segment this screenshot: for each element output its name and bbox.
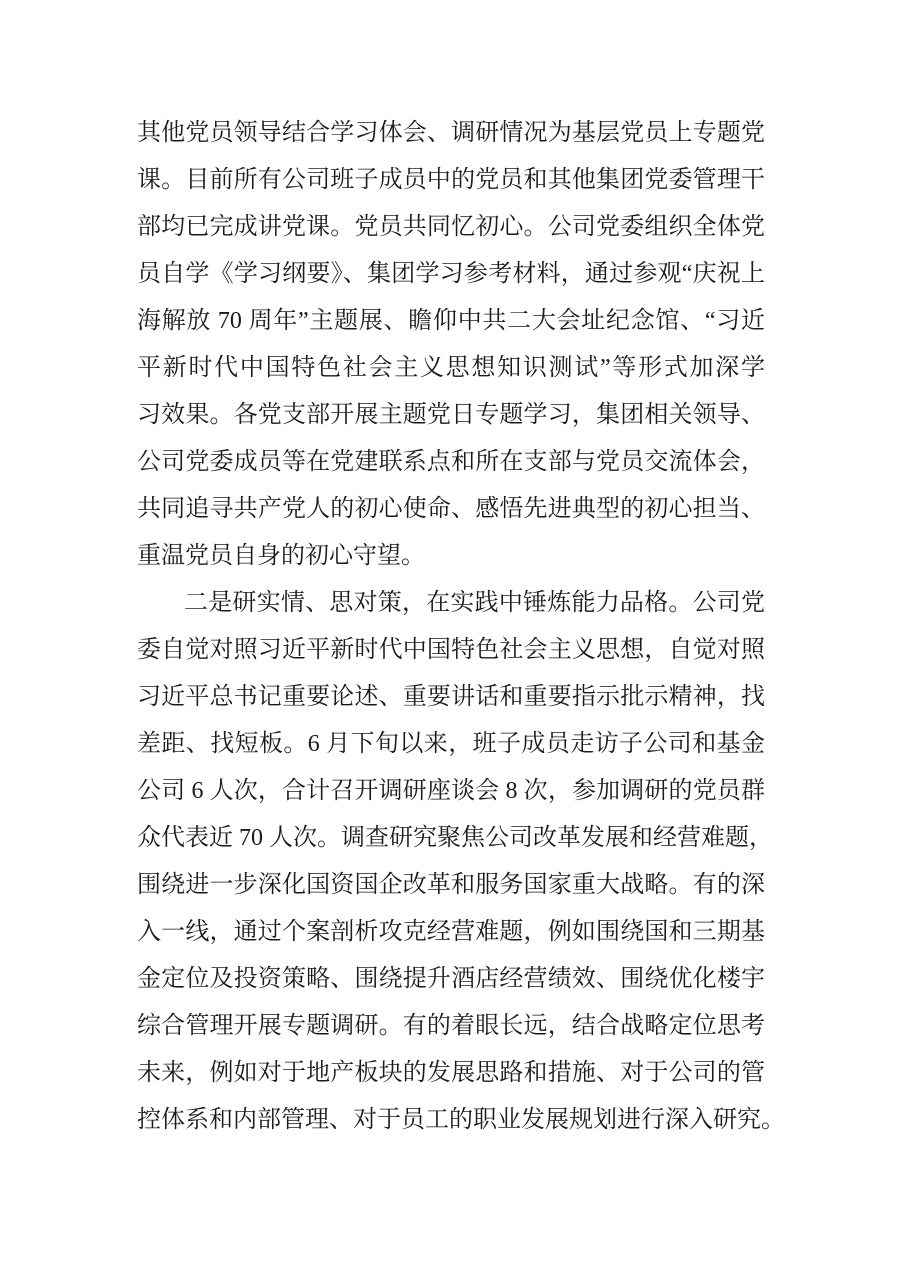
text-line: 控体系和内部管理、对于员工的职业发展规划进行深入研究。 xyxy=(137,1097,765,1144)
text-line: 众代表近 70 人次。调查研究聚焦公司改革发展和经营难题， xyxy=(137,815,765,862)
text-line: 围绕进一步深化国资国企改革和服务国家重大战略。有的深 xyxy=(137,862,765,909)
text-line: 平新时代中国特色社会主义思想知识测试”等形式加深学 xyxy=(137,345,765,392)
text-line: 未来，例如对于地产板块的发展思路和措施、对于公司的管 xyxy=(137,1050,765,1097)
text-line: 金定位及投资策略、围绕提升酒店经营绩效、围绕优化楼宇 xyxy=(137,956,765,1003)
text-line: 共同追寻共产党人的初心使命、感悟先进典型的初心担当、 xyxy=(137,486,765,533)
text-line: 习效果。各党支部开展主题党日专题学习，集团相关领导、 xyxy=(137,392,765,439)
text-line: 入一线，通过个案剖析攻克经营难题，例如围绕国和三期基 xyxy=(137,909,765,956)
document-page: 其他党员领导结合学习体会、调研情况为基层党员上专题党 课。目前所有公司班子成员中… xyxy=(0,0,900,1273)
text-line: 重温党员自身的初心守望。 xyxy=(137,533,765,580)
text-line: 委自觉对照习近平新时代中国特色社会主义思想，自觉对照 xyxy=(137,627,765,674)
text-line: 习近平总书记重要论述、重要讲话和重要指示批示精神，找 xyxy=(137,674,765,721)
text-line: 公司党委成员等在党建联系点和所在支部与党员交流体会， xyxy=(137,439,765,486)
text-line: 差距、找短板。6 月下旬以来，班子成员走访子公司和基金 xyxy=(137,721,765,768)
text-line: 二是研实情、思对策，在实践中锤炼能力品格。公司党 xyxy=(137,580,765,627)
text-line: 员自学《学习纲要》、集团学习参考材料，通过参观“庆祝上 xyxy=(137,251,765,298)
paragraph-continuation: 其他党员领导结合学习体会、调研情况为基层党员上专题党 课。目前所有公司班子成员中… xyxy=(137,110,765,580)
text-line: 综合管理开展专题调研。有的着眼长远，结合战略定位思考 xyxy=(137,1003,765,1050)
document-body: 其他党员领导结合学习体会、调研情况为基层党员上专题党 课。目前所有公司班子成员中… xyxy=(137,110,765,1144)
text-line: 公司 6 人次，合计召开调研座谈会 8 次，参加调研的党员群 xyxy=(137,768,765,815)
text-line: 海解放 70 周年”主题展、瞻仰中共二大会址纪念馆、“习近 xyxy=(137,298,765,345)
paragraph-second-point: 二是研实情、思对策，在实践中锤炼能力品格。公司党 委自觉对照习近平新时代中国特色… xyxy=(137,580,765,1144)
text-line: 课。目前所有公司班子成员中的党员和其他集团党委管理干 xyxy=(137,157,765,204)
text-line: 其他党员领导结合学习体会、调研情况为基层党员上专题党 xyxy=(137,110,765,157)
text-line: 部均已完成讲党课。党员共同忆初心。公司党委组织全体党 xyxy=(137,204,765,251)
